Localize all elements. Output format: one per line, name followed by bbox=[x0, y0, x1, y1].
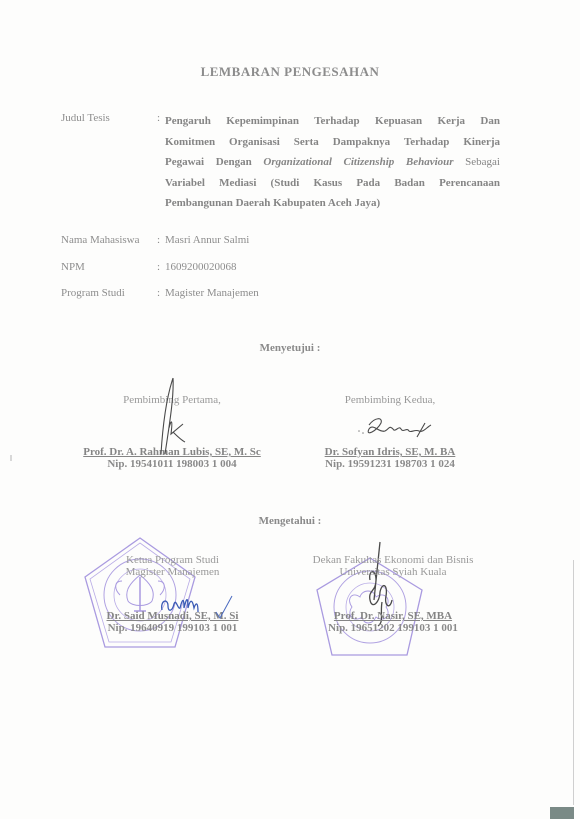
program-head-signature bbox=[158, 590, 238, 620]
thesis-title-segment: Sebagai bbox=[465, 156, 500, 168]
program-colon: : bbox=[157, 287, 160, 299]
acknowledgement-heading: Mengetahui : bbox=[0, 515, 580, 527]
second-supervisor-signature bbox=[355, 415, 435, 445]
thesis-title-value: Pengaruh Kepemimpinan Terhadap Kepuasan … bbox=[165, 111, 500, 214]
thesis-title-colon: : bbox=[157, 112, 160, 124]
npm-value: 1609200020068 bbox=[165, 261, 237, 273]
thesis-title-segment: Pegawai Dengan bbox=[165, 156, 252, 168]
dean-role-line1: Dekan Fakultas Ekonomi dan Bisnis bbox=[300, 554, 486, 566]
page-title: LEMBARAN PENGESAHAN bbox=[0, 64, 580, 80]
program-label: Program Studi bbox=[61, 287, 125, 299]
first-supervisor-nip: Nip. 19541011 198003 1 004 bbox=[62, 458, 282, 470]
scan-corner-mark bbox=[550, 807, 574, 819]
dean-block: Dekan Fakultas Ekonomi dan Bisnis Univer… bbox=[300, 554, 486, 634]
thesis-title-line: Pembangunan Daerah Kabupaten Aceh Jaya) bbox=[165, 193, 500, 214]
student-name-label: Nama Mahasiswa bbox=[61, 234, 140, 246]
thesis-title-line: Variabel Mediasi (Studi Kasus Pada Badan… bbox=[165, 173, 500, 194]
first-supervisor-signature bbox=[155, 376, 195, 456]
scan-speck bbox=[10, 455, 12, 461]
npm-colon: : bbox=[157, 261, 160, 273]
second-supervisor-role: Pembimbing Kedua, bbox=[300, 394, 480, 406]
program-value: Magister Manajemen bbox=[165, 287, 259, 299]
second-supervisor-nip: Nip. 19591231 198703 1 024 bbox=[300, 458, 480, 470]
program-head-role-line2: Magister Manajemen bbox=[85, 566, 260, 578]
dean-nip: Nip. 19651202 199103 1 001 bbox=[300, 622, 486, 634]
student-name-value: Masri Annur Salmi bbox=[165, 234, 249, 246]
second-supervisor-name: Dr. Sofyan Idris, SE, M. BA bbox=[300, 446, 480, 458]
program-head-role-line1: Ketua Program Studi bbox=[85, 554, 260, 566]
npm-label: NPM bbox=[61, 261, 85, 273]
program-head-nip: Nip. 19640919 199103 1 001 bbox=[85, 622, 260, 634]
dean-role-line2: Universitas Syiah Kuala bbox=[300, 566, 486, 578]
student-name-colon: : bbox=[157, 234, 160, 246]
thesis-title-italic-segment: Organizational Citizenship Behaviour bbox=[263, 156, 453, 168]
approval-heading: Menyetujui : bbox=[0, 342, 580, 354]
thesis-title-line: Pengaruh Kepemimpinan Terhadap Kepuasan … bbox=[165, 111, 500, 132]
thesis-title-label: Judul Tesis bbox=[61, 112, 110, 124]
scan-edge-line bbox=[573, 560, 574, 805]
thesis-title-line: Komitmen Organisasi Serta Dampaknya Terh… bbox=[165, 132, 500, 153]
dean-name: Prof. Dr. Nasir, SE, MBA bbox=[300, 610, 486, 622]
thesis-title-line: Pegawai Dengan Organizational Citizenshi… bbox=[165, 152, 500, 173]
